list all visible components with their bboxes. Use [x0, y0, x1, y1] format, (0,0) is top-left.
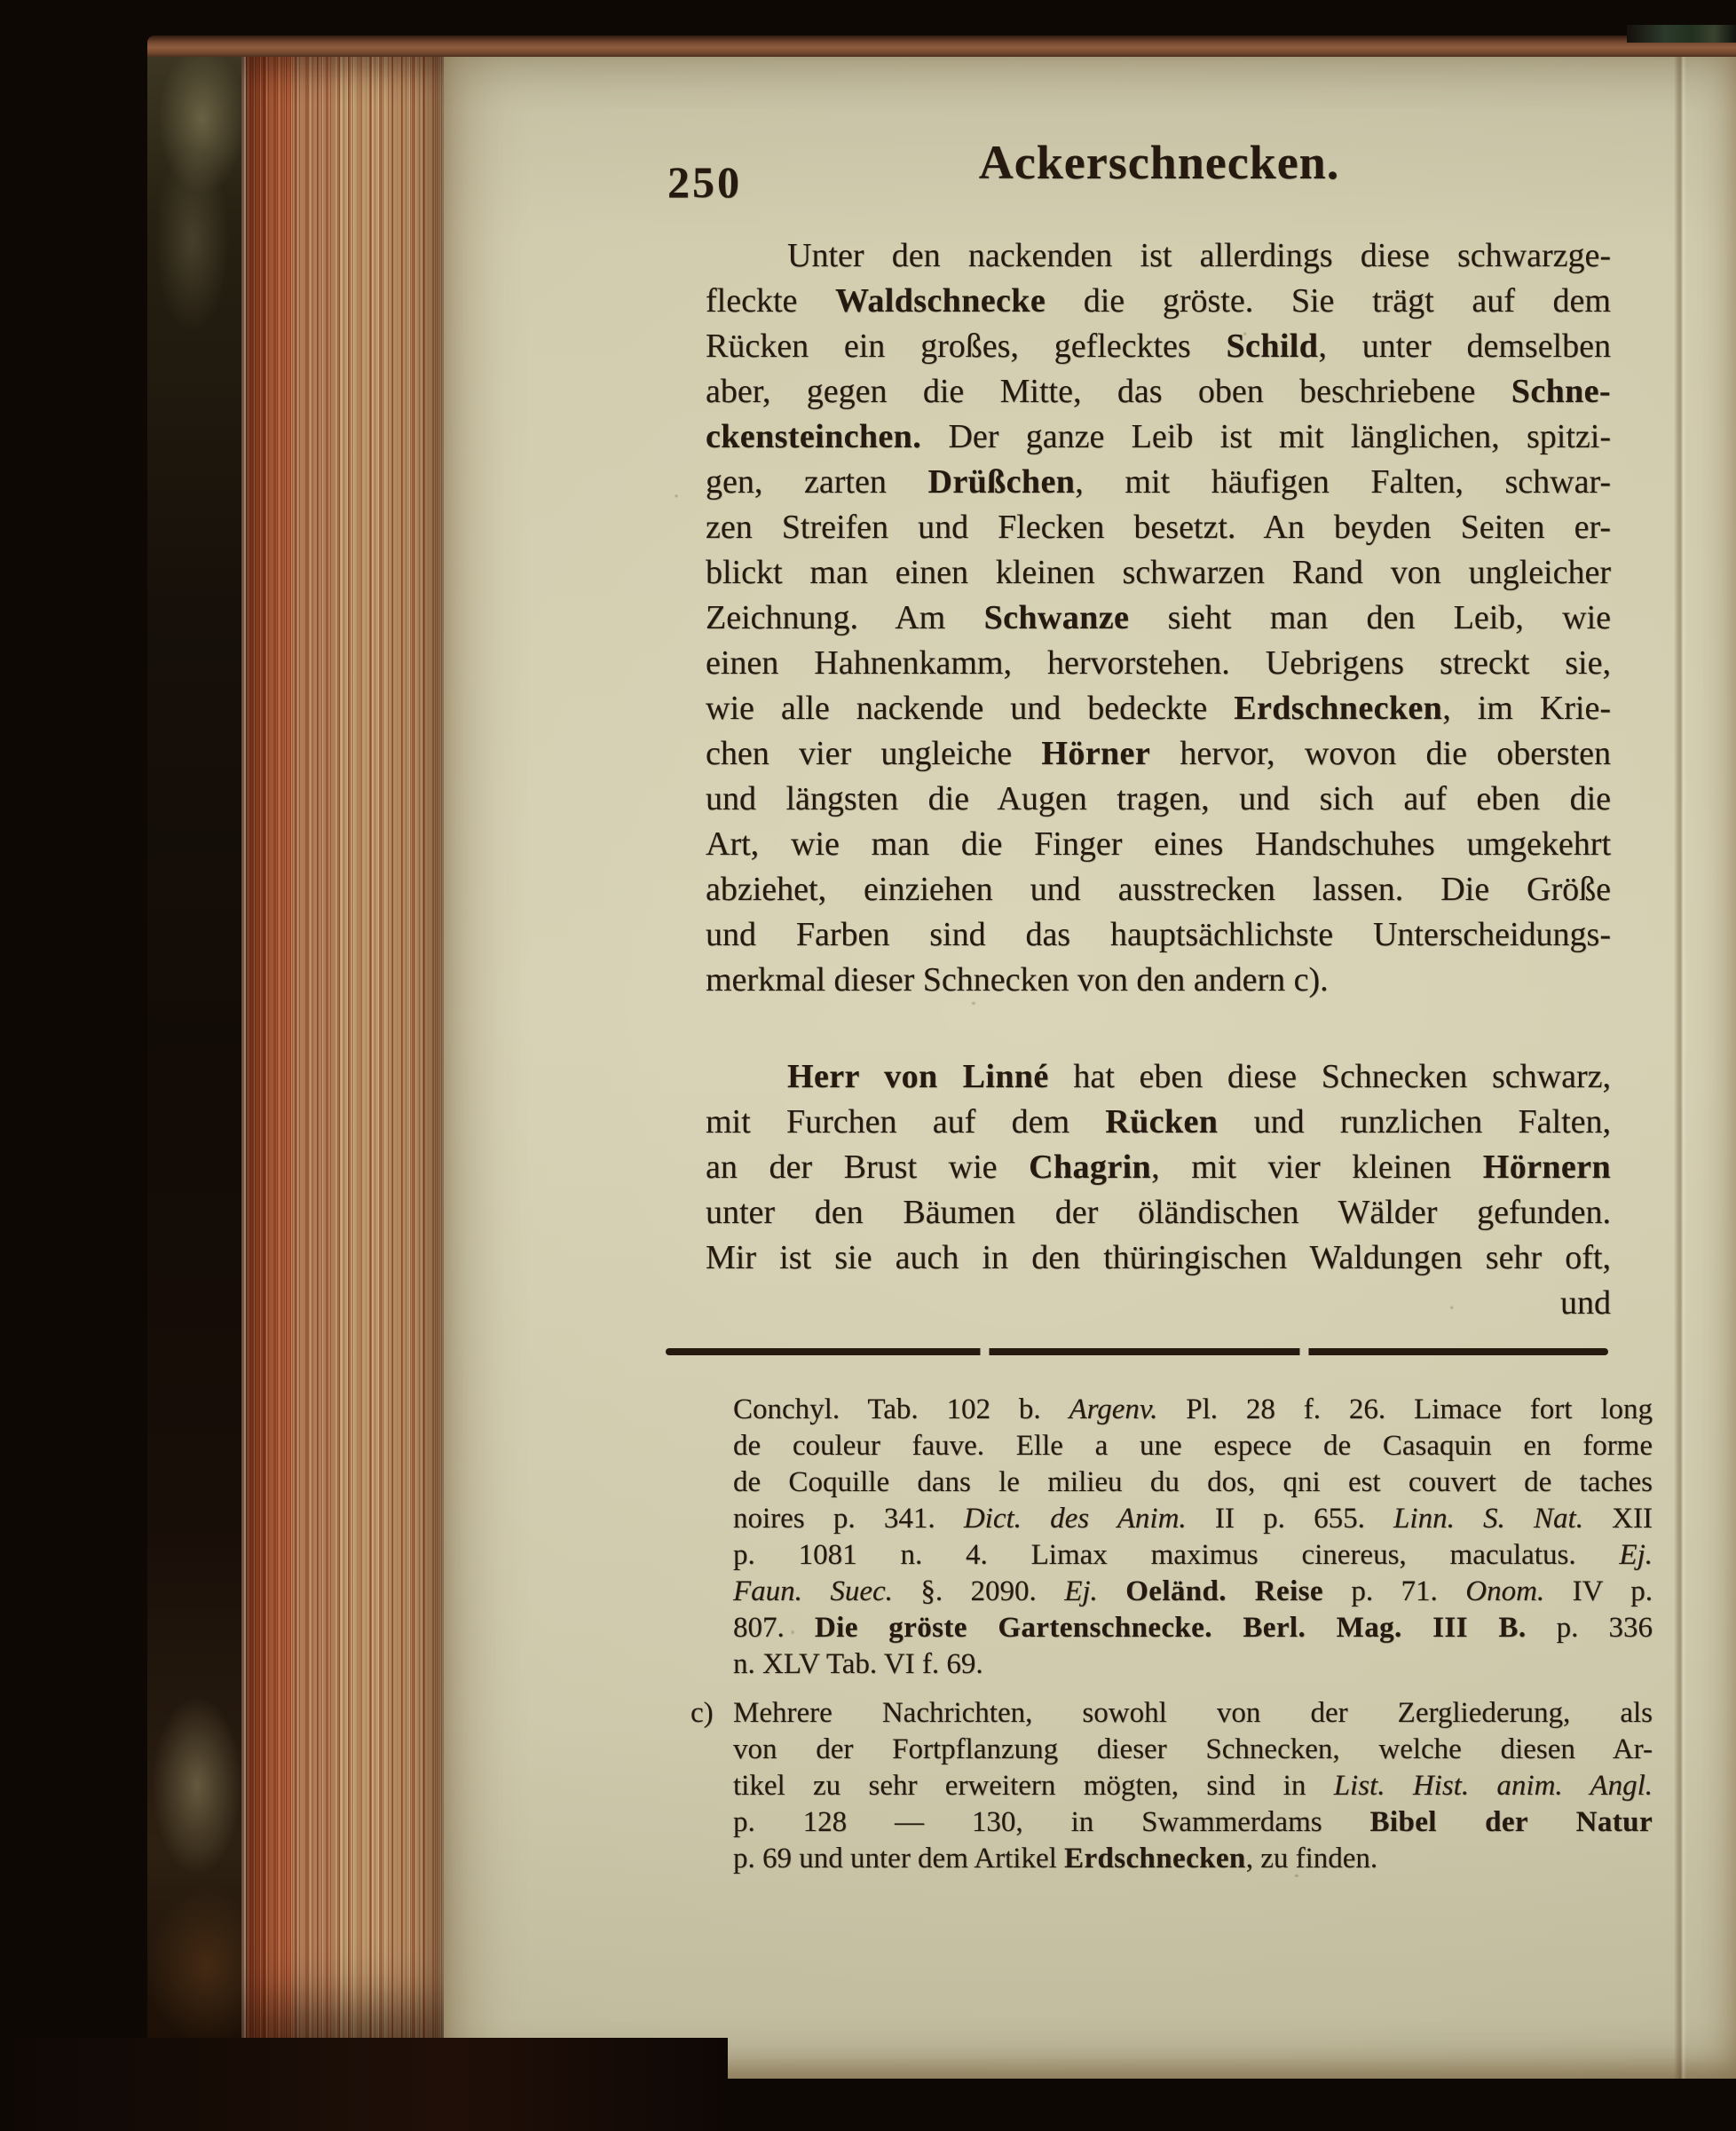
footnote-c-text: Mehrere Nachrichten, sowohl von der Zerg… [733, 1695, 1653, 1877]
text-line: de couleur fauve. Elle a une espece de C… [733, 1428, 1653, 1464]
body-paragraph-1: Unter den nackenden ist allerdings diese… [706, 233, 1611, 1003]
text-line: und längsten die Augen tragen, und sich … [706, 777, 1611, 822]
text-line: wie alle nackende und bedeckte Erdschnec… [706, 686, 1611, 731]
body-paragraph-2: Herr von Linné hat eben diese Schnecken … [706, 1054, 1611, 1281]
text-line: p. 128 — 130, in Swammerdams Bibel der N… [733, 1804, 1653, 1841]
text-line: gen, zarten Drüßchen, mit häufigen Falte… [706, 460, 1611, 505]
text-line: de Coquille dans le milieu du dos, qni e… [733, 1464, 1653, 1501]
text-line: noires p. 341. Dict. des Anim. II p. 655… [733, 1501, 1653, 1537]
page-block-top-edge [147, 36, 1736, 57]
running-header: Ackerschnecken. [888, 135, 1431, 190]
footnote-separator-rule [666, 1348, 1608, 1355]
text-line: ckensteinchen. Der ganze Leib ist mit lä… [706, 414, 1611, 460]
text-line: Mehrere Nachrichten, sowohl von der Zerg… [733, 1695, 1653, 1732]
page-number: 250 [667, 156, 742, 208]
text-line: Zeichnung. Am Schwanze sieht man den Lei… [706, 596, 1611, 641]
text-line: fleckte Waldschnecke die gröste. Sie trä… [706, 279, 1611, 324]
text-line: einen Hahnenkamm, hervorstehen. Uebrigen… [706, 641, 1611, 686]
text-line: chen vier ungleiche Hörner hervor, wovon… [706, 731, 1611, 777]
text-line: abziehet, einziehen und ausstrecken lass… [706, 867, 1611, 912]
text-line: zen Streifen und Flecken besetzt. An bey… [706, 505, 1611, 550]
text-line: Unter den nackenden ist allerdings diese… [706, 233, 1611, 279]
footnote-c: c) Mehrere Nachrichten, sowohl von der Z… [733, 1695, 1653, 1877]
gutter-crease [1674, 50, 1686, 2079]
bottom-shadow [0, 2038, 728, 2131]
text-line: aber, gegen die Mitte, das oben beschrie… [706, 369, 1611, 414]
text-line: 807. Die gröste Gartenschnecke. Berl. Ma… [733, 1610, 1653, 1646]
text-line: von der Fortpflanzung dieser Schnecken, … [733, 1732, 1653, 1768]
text-line: Conchyl. Tab. 102 b. Argenv. Pl. 28 f. 2… [733, 1392, 1653, 1428]
text-line: merkmal dieser Schnecken von den andern … [706, 958, 1611, 1003]
footnote-c-marker: c) [690, 1695, 714, 1732]
book-cover-edge [147, 39, 247, 2047]
text-line: Mir ist sie auch in den thüringischen Wa… [706, 1235, 1611, 1281]
text-line: tikel zu sehr erweitern mögten, sind in … [733, 1768, 1653, 1804]
catchword: und [706, 1281, 1611, 1326]
text-line: Rücken ein großes, geflecktes Schild, un… [706, 324, 1611, 369]
text-line: blickt man einen kleinen schwarzen Rand … [706, 550, 1611, 596]
text-line: Faun. Suec. §. 2090. Ej. Oeländ. Reise p… [733, 1574, 1653, 1610]
book-scan: 250 Ackerschnecken. Unter den nackenden … [0, 0, 1736, 2131]
text-line: Herr von Linné hat eben diese Schnecken … [706, 1054, 1611, 1100]
text-line: mit Furchen auf dem Rücken und runzliche… [706, 1100, 1611, 1145]
text-line: unter den Bäumen der öländischen Wälder … [706, 1190, 1611, 1235]
headband [1627, 25, 1736, 43]
text-line: n. XLV Tab. VI f. 69. [733, 1646, 1653, 1683]
text-line: Art, wie man die Finger eines Handschuhe… [706, 822, 1611, 867]
footnotes: Conchyl. Tab. 102 b. Argenv. Pl. 28 f. 2… [733, 1392, 1653, 1877]
text-line: p. 1081 n. 4. Limax maximus cinereus, ma… [733, 1537, 1653, 1574]
text-line: und Farben sind das hauptsächlichste Unt… [706, 912, 1611, 958]
text-line: an der Brust wie Chagrin, mit vier klein… [706, 1145, 1611, 1190]
page-block-fore-edge-stripes [241, 48, 448, 2045]
body-text: Unter den nackenden ist allerdings diese… [706, 233, 1611, 1326]
text-line: p. 69 und unter dem Artikel Erdschnecken… [733, 1841, 1653, 1877]
footnote-continuation: Conchyl. Tab. 102 b. Argenv. Pl. 28 f. 2… [733, 1392, 1653, 1683]
